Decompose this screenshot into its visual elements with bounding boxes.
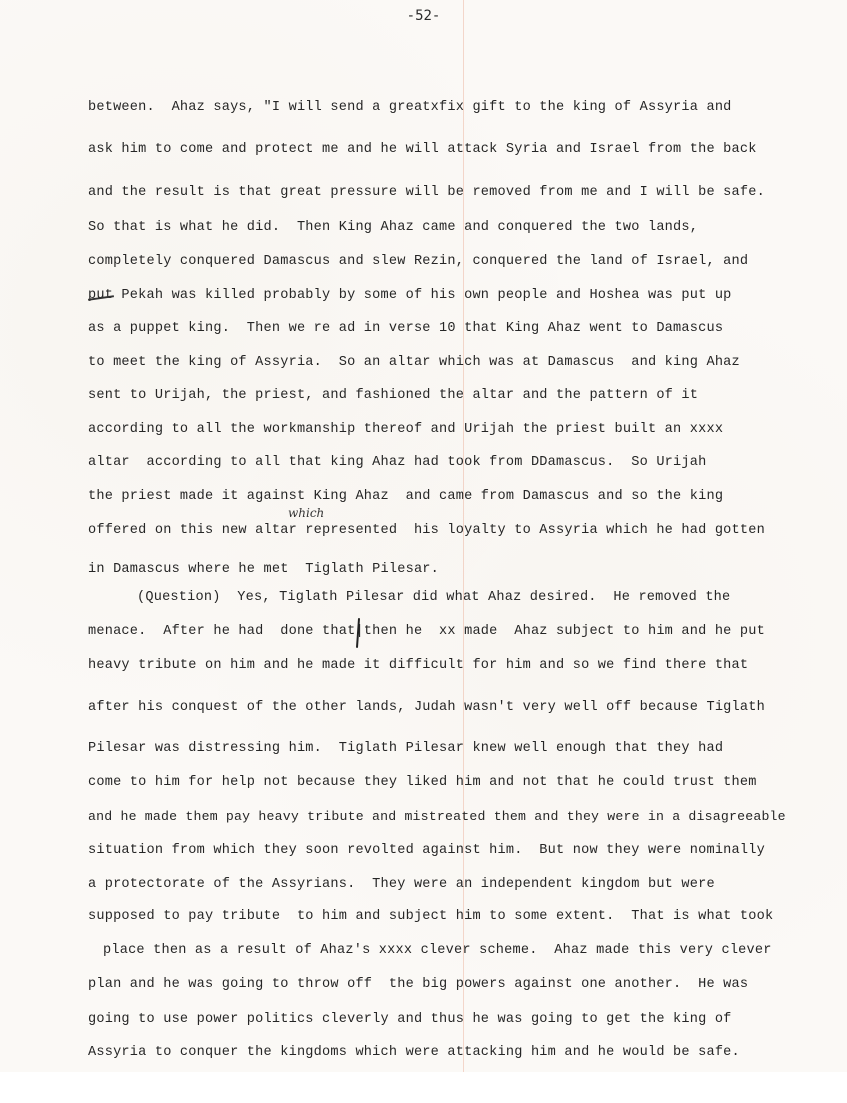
text-line: So that is what he did. Then King Ahaz c…	[88, 220, 698, 235]
text-line: Pilesar was distressing him. Tiglath Pil…	[88, 741, 723, 756]
text-line: supposed to pay tribute to him and subje…	[88, 909, 773, 924]
text-line: menace. After he had done that|then he x…	[88, 624, 765, 639]
text-line: the priest made it against King Ahaz and…	[88, 489, 723, 504]
handwritten-insertion: which	[288, 506, 324, 520]
text-line: come to him for help not because they li…	[88, 775, 757, 790]
text-line: situation from which they soon revolted …	[88, 843, 765, 858]
text-line: in Damascus where he met Tiglath Pilesar…	[88, 562, 439, 577]
text-line: as a puppet king. Then we re ad in verse…	[88, 321, 723, 336]
text-line: sent to Urijah, the priest, and fashione…	[88, 388, 698, 403]
text-line: put Pekah was killed probably by some of…	[88, 288, 732, 303]
text-line: according to all the workmanship thereof…	[88, 422, 723, 437]
text-line: between. Ahaz says, "I will send a great…	[88, 100, 732, 115]
scan-margin	[0, 1072, 847, 1103]
text-line: to meet the king of Assyria. So an altar…	[88, 355, 740, 370]
text-line: a protectorate of the Assyrians. They we…	[88, 877, 715, 892]
text-line: heavy tribute on him and he made it diff…	[88, 658, 748, 673]
text-line: and the result is that great pressure wi…	[88, 185, 765, 200]
text-line: after his conquest of the other lands, J…	[88, 700, 765, 715]
text-line: and he made them pay heavy tribute and m…	[88, 809, 786, 824]
text-line: altar according to all that king Ahaz ha…	[88, 455, 706, 470]
text-line: completely conquered Damascus and slew R…	[88, 254, 748, 269]
document-page: -52- between. Ahaz says, "I will send a …	[0, 0, 847, 1072]
text-line: plan and he was going to throw off the b…	[88, 977, 748, 992]
text-line: Assyria to conquer the kingdoms which we…	[88, 1045, 740, 1060]
page-number: -52-	[0, 8, 847, 24]
text-line: (Question) Yes, Tiglath Pilesar did what…	[137, 590, 730, 605]
text-line: ask him to come and protect me and he wi…	[88, 142, 757, 157]
text-line: place then as a result of Ahaz's xxxx cl…	[103, 943, 772, 958]
text-line: going to use power politics cleverly and…	[88, 1012, 732, 1027]
text-line: offered on this new altar represented hi…	[88, 523, 765, 538]
